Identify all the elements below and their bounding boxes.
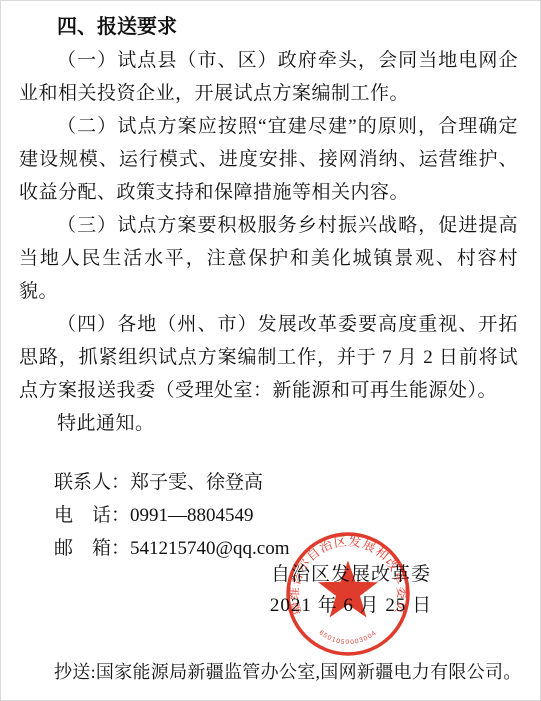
contact-person-row: 联系人：郑子雯、徐登高: [54, 466, 518, 499]
paragraph-2: （二）试点方案应按照“宜建尽建”的原则，合理确定建设规模、运行模式、进度安排、接…: [19, 110, 518, 209]
document-body: 四、报送要求 （一）试点县（市、区）政府牵头，会同当地电网企业和相关投资企业，开…: [1, 1, 540, 565]
paragraph-3: （三）试点方案要积极服务乡村振兴战略，促进提高当地人民生活水平，注意保护和美化城…: [19, 209, 518, 308]
contact-phone-value: 0991—8804549: [130, 505, 254, 526]
official-seal-stamp: 新疆维吾尔自治区发展和改革委员会 6501050003004: [284, 530, 412, 658]
seal-code-text: 6501050003004: [318, 629, 379, 646]
contact-person-label: 联系人：: [54, 472, 130, 493]
contact-email-value: 541215740@qq.com: [130, 538, 289, 559]
document-page: 四、报送要求 （一）试点县（市、区）政府牵头，会同当地电网企业和相关投资企业，开…: [0, 0, 541, 701]
closing-line: 特此通知。: [19, 407, 518, 440]
paragraph-1: （一）试点县（市、区）政府牵头，会同当地电网企业和相关投资企业，开展试点方案编制…: [19, 44, 518, 110]
star-icon: [318, 560, 378, 617]
cc-note: 抄送:国家能源局新疆监管办公室,国网新疆电力有限公司。: [54, 660, 522, 684]
svg-text:6501050003004: 6501050003004: [318, 629, 379, 646]
contact-email-label: 邮 箱：: [54, 538, 130, 559]
paragraph-4: （四）各地（州、市）发展改革委要高度重视、开拓思路，抓紧组织试点方案编制工作，并…: [19, 308, 518, 407]
section-heading: 四、报送要求: [57, 11, 518, 44]
contact-phone-label: 电 话：: [54, 505, 130, 526]
contact-person-value: 郑子雯、徐登高: [130, 472, 263, 493]
contact-phone-row: 电 话：0991—8804549: [54, 499, 518, 532]
